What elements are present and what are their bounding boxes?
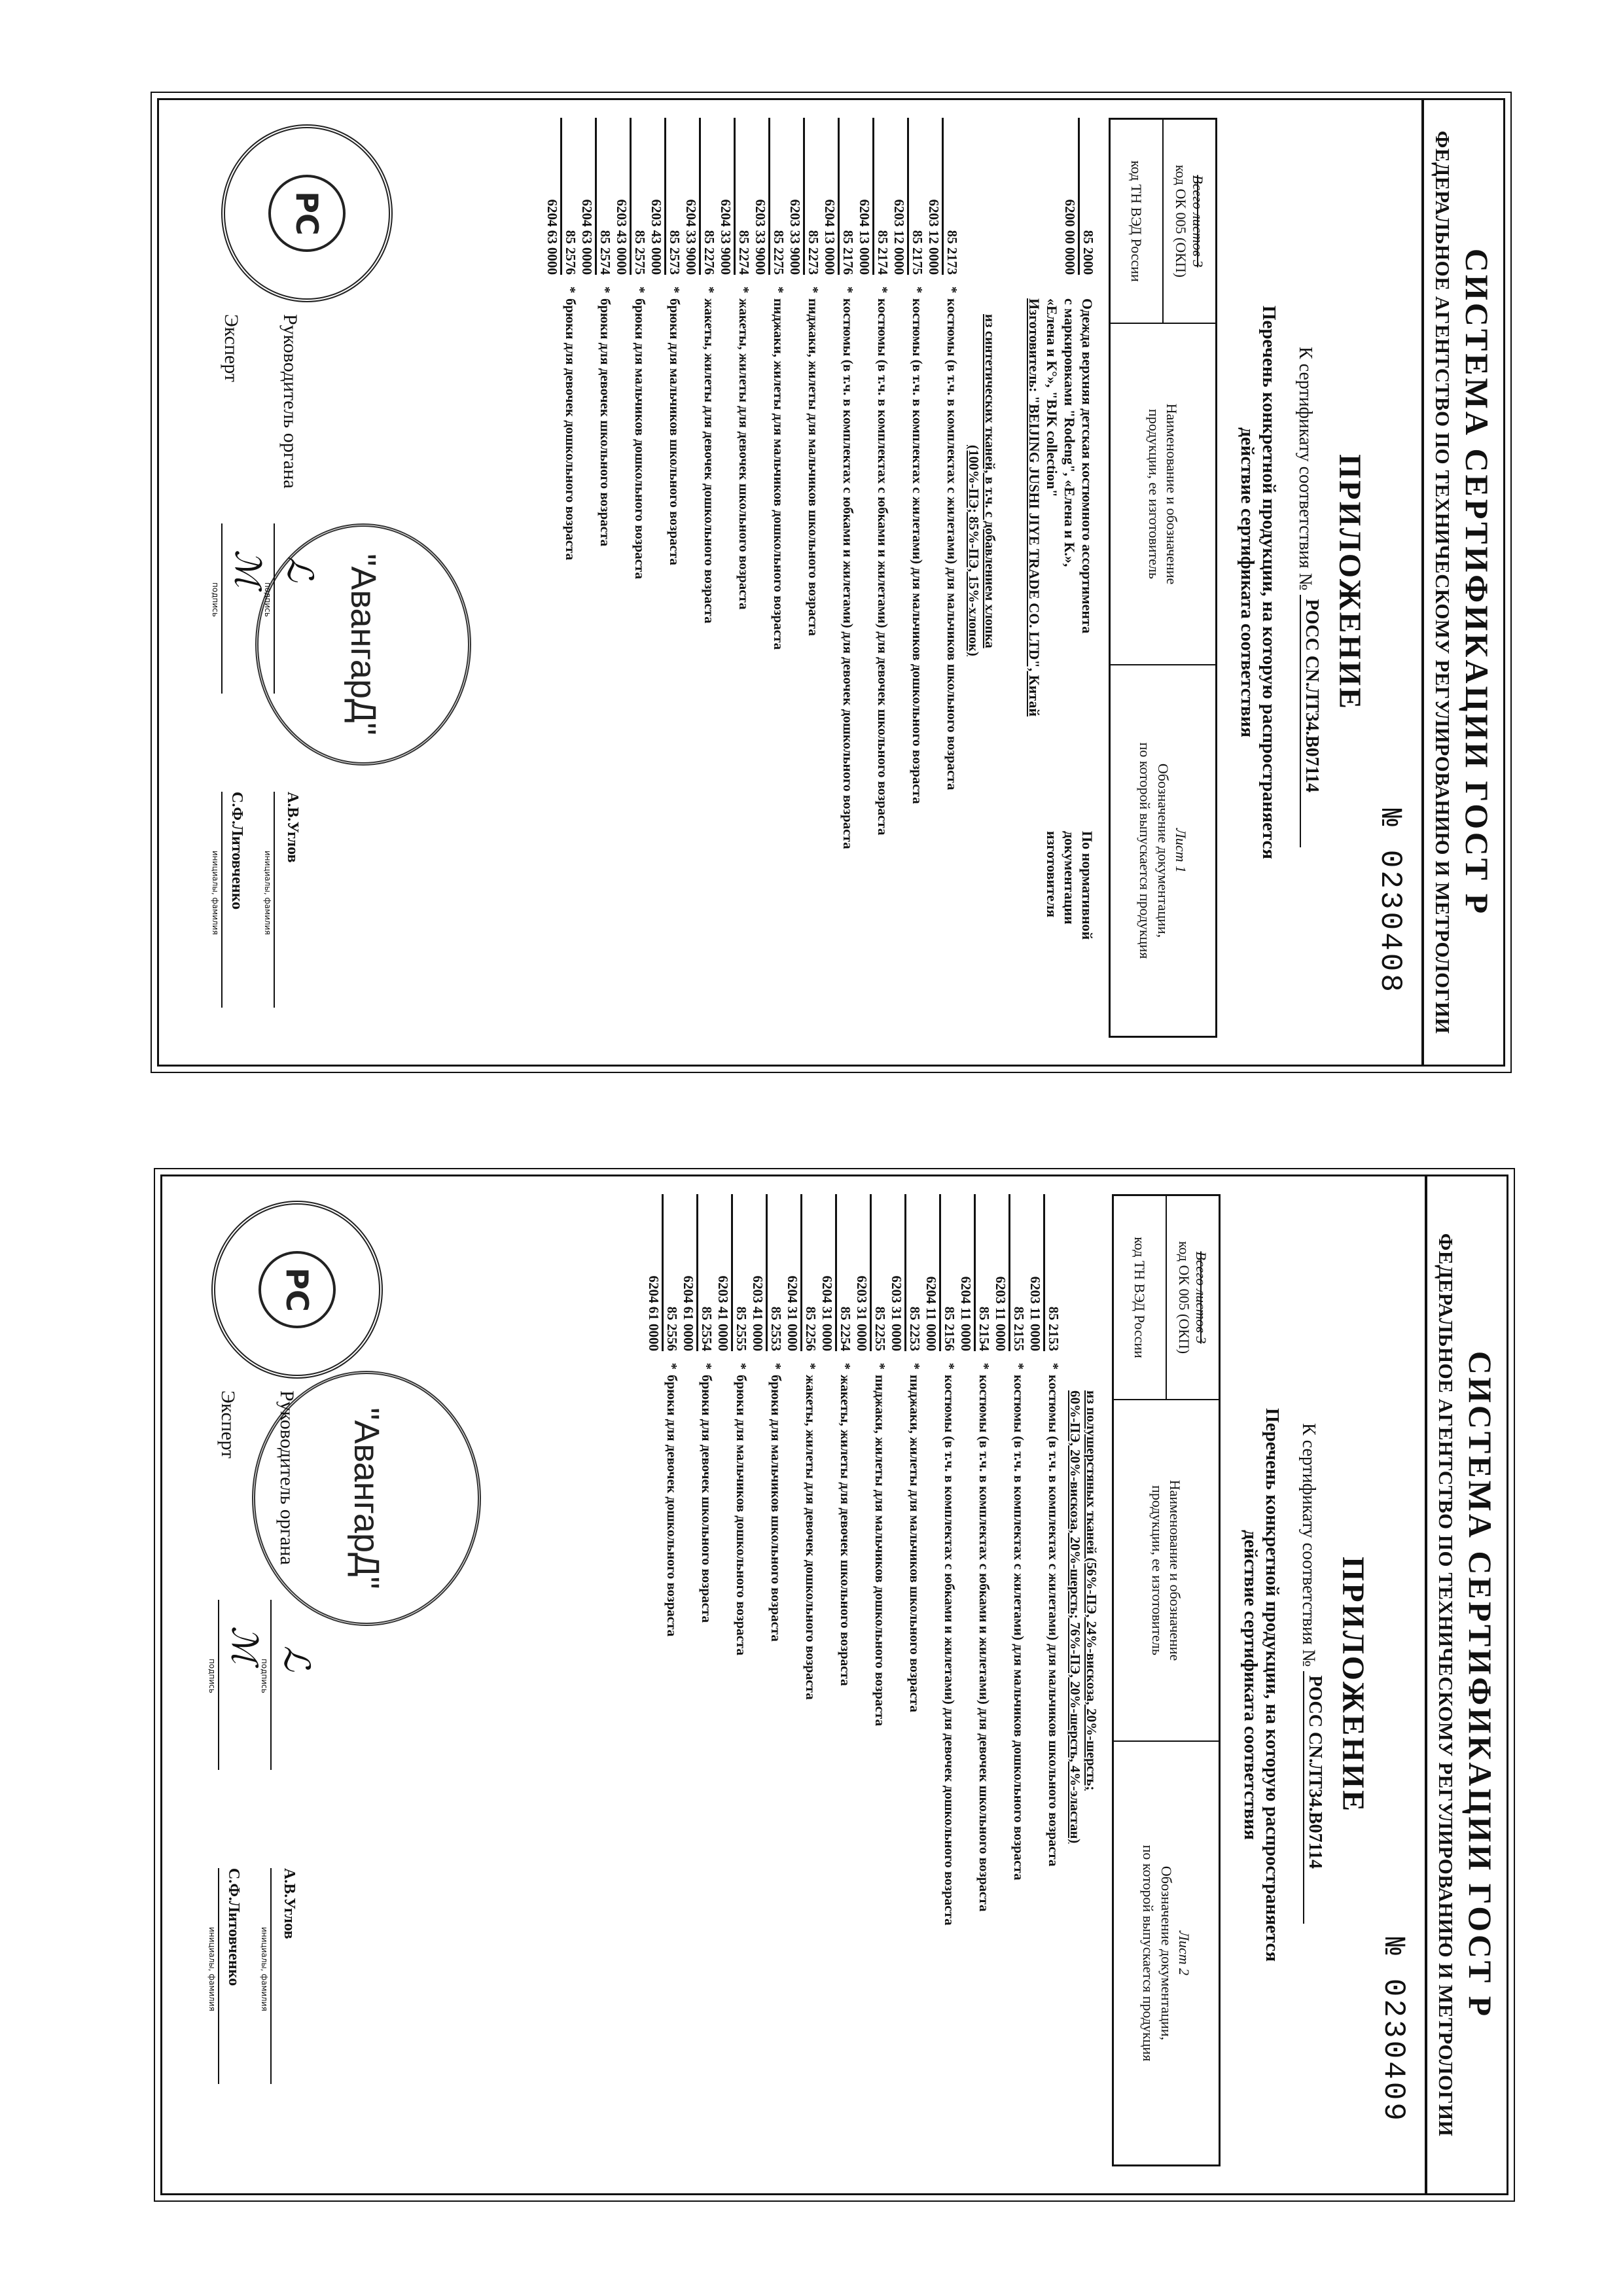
okp-code: 85 2256: [800, 1194, 819, 1351]
row-codes: 85 22566204 31 0000: [784, 1194, 819, 1358]
asterisk-marker: *: [944, 281, 960, 298]
product-name-label-2: продукции, ее изготовитель: [1149, 1485, 1167, 1655]
head-signature: ℒ: [279, 556, 321, 582]
product-description: костюмы (в т.ч. в комплектах с жилетами)…: [909, 298, 925, 1047]
okp-code: 85 2275: [768, 118, 787, 275]
name-caption: инициалы, фамилия: [260, 1927, 269, 2011]
asterisk-marker: *: [562, 281, 579, 298]
tnved-code: 6203 43 0000: [614, 200, 630, 275]
row-codes: 85 22746204 33 9000: [717, 118, 752, 281]
tnved-code: 6203 11 0000: [993, 1277, 1008, 1351]
expert-name: С.Ф.Литовченко: [228, 792, 245, 910]
scope-line-2: действие сертификата соответствия: [1236, 98, 1257, 1067]
name-caption: инициалы, фамилия: [211, 851, 220, 935]
okp-code: 85 2156: [939, 1194, 957, 1351]
documentation-column-header: Лист 2 Обозначение документации, по кото…: [1114, 1742, 1219, 2164]
row-codes: 85 21566204 11 0000: [923, 1194, 957, 1358]
table-row: 85 21566204 11 0000*костюмы (в т.ч. в ко…: [923, 1194, 957, 2176]
row-codes: 85 21766204 13 0000: [821, 118, 856, 281]
product-description: брюки для девочек школьного возраста: [698, 1375, 715, 2176]
sheet-label: Лист 2: [1175, 1931, 1194, 1975]
asterisk-marker: *: [840, 281, 856, 298]
row-codes: 85 21546204 11 0000: [957, 1194, 992, 1358]
product-description: костюмы (в т.ч. в комплектах с юбками и …: [941, 1375, 957, 2176]
tnved-code: 6204 61 0000: [646, 1276, 662, 1352]
tnved-code: 6203 43 0000: [649, 200, 664, 275]
certification-body-stamp: РС: [211, 1201, 383, 1379]
tnved-code: 6204 13 0000: [857, 200, 872, 275]
tnved-code: 6203 41 0000: [750, 1276, 766, 1352]
group-codes: 85 2000 6200 00 0000: [1061, 118, 1096, 281]
total-sheets: Всего листов 3: [1193, 1196, 1210, 1399]
table-row: 85 22566204 31 0000*жакеты, жилеты для д…: [784, 1194, 819, 2176]
normative-documentation: По нормативной документации изготовителя: [1043, 831, 1096, 940]
scope-line-2: действие сертификата соответствия: [1239, 1174, 1260, 2195]
okp-code-label: код ОК 005 (ОКП): [1173, 120, 1190, 323]
tnved-code: 6204 31 0000: [785, 1276, 800, 1352]
asterisk-marker: *: [976, 1358, 992, 1375]
fabric-composition-1: из полушерстяных тканей (56%-ПЭ, 24%-вис…: [1083, 1194, 1099, 2176]
table-row: 85 22736203 33 9000*пиджаки, жилеты для …: [787, 118, 821, 1047]
product-description: пиджаки, жилеты для мальчиков дошкольног…: [872, 1375, 888, 2176]
certificate-number: РОСС CN.ЛТ34.В07114: [1303, 1671, 1325, 1924]
asterisk-marker: *: [909, 281, 925, 298]
company-stamp-name: "АвангарД": [346, 1407, 387, 1589]
certificate-reference-label: К сертификату соответствия №: [1298, 1423, 1319, 1667]
asterisk-marker: *: [805, 281, 821, 298]
certificate-appendix-sheet-2: СИСТЕМА СЕРТИФИКАЦИИ ГОСТ Р ФЕДЕРАЛЬНОЕ …: [160, 1174, 1508, 2195]
asterisk-marker: *: [837, 1358, 853, 1375]
head-name-line: [274, 792, 275, 1008]
product-description: костюмы (в т.ч. в комплектах с юбками и …: [874, 298, 891, 1047]
okp-code: 85 2255: [870, 1194, 888, 1351]
head-signature: ℒ: [276, 1646, 317, 1671]
table-row: 85 22746204 33 9000*жакеты, жилеты для д…: [717, 118, 752, 1047]
table-row: 85 21736203 12 0000*костюмы (в т.ч. в ко…: [925, 118, 960, 1047]
product-description: пиджаки, жилеты для мальчиков школьного …: [805, 298, 821, 1047]
table-row: 85 25746204 63 0000*брюки для девочек шк…: [579, 118, 613, 1047]
tnved-code: 6203 33 9000: [787, 200, 803, 275]
table-row: 85 21546204 11 0000*костюмы (в т.ч. в ко…: [957, 1194, 992, 2176]
table-row: 85 21746204 13 0000*костюмы (в т.ч. в ко…: [856, 118, 891, 1047]
row-codes: 85 25566204 61 0000: [645, 1194, 680, 1358]
scope-line-1: Перечень конкретной продукции, на котору…: [1261, 1174, 1283, 2195]
okp-code: 85 2576: [560, 118, 579, 275]
tnved-code: 6203 12 0000: [891, 200, 907, 275]
expert-name-line: [221, 792, 223, 1008]
product-description: брюки для мальчиков школьного возраста: [666, 298, 683, 1047]
okp-code: 85 2273: [803, 118, 821, 275]
documentation-label-2: по которой выпускается продукция: [1136, 743, 1154, 959]
producer: Изготовитель: "BEIJING JUSHI JIYE TRADE …: [1026, 298, 1043, 1047]
table-row: 85 25756203 43 0000*брюки для мальчиков …: [613, 118, 648, 1047]
product-name-column-header: Наименование и обозначение продукции, ее…: [1111, 324, 1215, 665]
scope-line-1: Перечень конкретной продукции, на котору…: [1258, 98, 1279, 1067]
okp-code: 85 2574: [595, 118, 613, 275]
asterisk-marker: *: [1045, 1358, 1061, 1375]
head-of-body-label: Руководитель органа: [279, 314, 301, 489]
agency-name: ФЕДЕРАЛЬНОЕ АГЕНТСТВО ПО ТЕХНИЧЕСКОМУ РЕ…: [1421, 98, 1454, 1067]
asterisk-marker: *: [872, 1358, 888, 1375]
head-name-line: [270, 1868, 272, 2084]
certification-body-stamp: РС: [221, 124, 393, 302]
table-row: 85 25556203 41 0000*брюки для мальчиков …: [715, 1194, 749, 2176]
table-row: 85 25736203 43 0000*брюки для мальчиков …: [648, 118, 683, 1047]
expert-signature: ℳ: [227, 550, 268, 588]
norm-line-2: документации: [1061, 831, 1079, 940]
row-codes: 85 25546204 61 0000: [680, 1194, 715, 1358]
agency-name: ФЕДЕРАЛЬНОЕ АГЕНТСТВО ПО ТЕХНИЧЕСКОМУ РЕ…: [1425, 1174, 1457, 2195]
product-description: брюки для мальчиков дошкольного возраста: [733, 1375, 749, 2176]
tnved-code: 6204 11 0000: [958, 1277, 974, 1351]
product-description: костюмы (в т.ч. в комплектах с жилетами)…: [1045, 1375, 1061, 2176]
okp-code: 85 2276: [699, 118, 717, 275]
product-description: брюки для девочек школьного возраста: [597, 298, 613, 1047]
asterisk-marker: *: [733, 1358, 749, 1375]
row-codes: 85 25536203 41 0000: [749, 1194, 784, 1358]
table-row: 85 21766204 13 0000*костюмы (в т.ч. в ко…: [821, 118, 856, 1047]
table-row: 85 22556203 31 0000*пиджаки, жилеты для …: [853, 1194, 888, 2176]
tnved-code: 6204 33 9000: [718, 200, 734, 275]
product-description: пиджаки, жилеты для мальчиков дошкольног…: [770, 298, 787, 1047]
product-description: жакеты, жилеты для девочек дошкольного в…: [802, 1375, 819, 2176]
product-description: брюки для девочек дошкольного возраста: [562, 298, 579, 1047]
product-description: жакеты, жилеты для девочек школьного воз…: [837, 1375, 853, 2176]
product-description: пиджаки, жилеты для мальчиков школьного …: [906, 1375, 923, 2176]
okp-code: 85 2253: [904, 1194, 923, 1351]
product-list: 85 2000 6200 00 0000 Одежда верхняя детс…: [544, 118, 1096, 1047]
document-number: № 0230408: [1373, 809, 1407, 995]
tnved-code: 6203 31 0000: [854, 1276, 870, 1352]
asterisk-marker: *: [906, 1358, 923, 1375]
documentation-label-1: Обозначение документации,: [1154, 764, 1172, 938]
table-row: 85 22546204 31 0000*жакеты, жилеты для д…: [819, 1194, 853, 2176]
tnved-code: 6204 31 0000: [819, 1276, 835, 1352]
asterisk-marker: *: [874, 281, 891, 298]
asterisk-marker: *: [698, 1358, 715, 1375]
okp-code: 85 2573: [664, 118, 683, 275]
codes-column-header: Всего листов 3 код ОК 005 (ОКП) код ТН В…: [1111, 120, 1215, 324]
okp-code: 85 2176: [838, 118, 856, 275]
asterisk-marker: *: [770, 281, 787, 298]
row-codes: 85 21746204 13 0000: [856, 118, 891, 281]
expert-name-line: [218, 1868, 219, 2084]
row-codes: 85 22536203 31 0000: [888, 1194, 923, 1358]
row-codes: 85 25736203 43 0000: [648, 118, 683, 281]
head-of-body-label: Руководитель органа: [276, 1390, 298, 1565]
product-name-column-header: Наименование и обозначение продукции, ее…: [1114, 1400, 1219, 1742]
okp-code: 85 2555: [731, 1194, 749, 1351]
tnved-code: 6204 61 0000: [681, 1276, 696, 1352]
certificate-reference: К сертификату соответствия № РОСС CN.ЛТ3…: [1293, 347, 1315, 847]
product-description: жакеты, жилеты для девочек дошкольного в…: [701, 298, 717, 1047]
table-row: 85 21556203 11 0000*костюмы (в т.ч. в ко…: [992, 1194, 1027, 2176]
asterisk-marker: *: [941, 1358, 957, 1375]
rst-mark-icon: РС: [259, 1251, 336, 1328]
row-codes: 85 22556203 31 0000: [853, 1194, 888, 1358]
table-row: 85 25546204 61 0000*брюки для девочек шк…: [680, 1194, 715, 2176]
system-title: СИСТЕМА СЕРТИФИКАЦИИ ГОСТ Р: [1458, 98, 1496, 1067]
product-name-label-2: продукции, ее изготовитель: [1145, 409, 1164, 579]
fabric-composition-2: (100%-ПЭ; 85%-ПЭ, 15%-хлопок): [965, 118, 982, 1047]
okp-code: 85 2254: [835, 1194, 853, 1351]
appendix-title: ПРИЛОЖЕНИЕ: [1332, 98, 1368, 1067]
fabric-composition-1: из синтетических тканей, в т.ч. с добавл…: [982, 118, 998, 1047]
table-row: 85 25766204 63 0000*брюки для девочек до…: [544, 118, 579, 1047]
product-name-label-1: Наименование и обозначение: [1166, 1480, 1185, 1661]
tnved-code-label: код ТН ВЭД России: [1128, 160, 1145, 282]
asterisk-marker: *: [664, 1358, 680, 1375]
expert-name: С.Ф.Литовченко: [224, 1868, 242, 1986]
certificate-reference: К сертификату соответствия № РОСС CN.ЛТ3…: [1296, 1423, 1319, 1924]
okp-code: 85 2154: [974, 1194, 992, 1351]
total-sheets: Всего листов 3: [1190, 120, 1207, 323]
scope-statement: Перечень конкретной продукции, на котору…: [1239, 1174, 1283, 2195]
norm-line-3: изготовителя: [1043, 831, 1061, 940]
row-codes: 85 22756203 33 9000: [752, 118, 787, 281]
asterisk-marker: *: [1010, 1358, 1027, 1375]
group-tnved-code: 6200 00 0000: [1062, 200, 1078, 275]
head-name: А.В.Углов: [283, 792, 301, 863]
row-codes: 85 25746204 63 0000: [579, 118, 613, 281]
documentation-label-2: по которой выпускается продукция: [1139, 1845, 1158, 2062]
document-number: № 0230409: [1376, 1937, 1410, 2123]
norm-line-1: По нормативной: [1079, 831, 1096, 940]
okp-code: 85 2274: [734, 118, 752, 275]
certificate-reference-label: К сертификату соответствия №: [1295, 347, 1315, 590]
head-signature-line: [270, 1600, 272, 1770]
company-stamp-name: "АвангарД": [343, 554, 383, 735]
product-description: брюки для девочек дошкольного возраста: [664, 1375, 680, 2176]
table-row: 85 25536203 41 0000*брюки для мальчиков …: [749, 1194, 784, 2176]
okp-code: 85 2174: [872, 118, 891, 275]
row-codes: 85 22546204 31 0000: [819, 1194, 853, 1358]
fabric-composition-2: 60%-ПЭ, 20%-вискоза, 20%-шерсть; 76%-ПЭ,…: [1067, 1194, 1083, 2176]
asterisk-marker: *: [736, 281, 752, 298]
product-description: костюмы (в т.ч. в комплектах с жилетами)…: [1010, 1375, 1027, 2176]
tnved-code: 6204 33 9000: [683, 200, 699, 275]
tnved-code: 6204 11 0000: [923, 1277, 939, 1351]
name-caption: инициалы, фамилия: [263, 851, 272, 935]
expert-label: Эксперт: [217, 1390, 239, 1458]
okp-code: 85 2554: [696, 1194, 715, 1351]
okp-code: 85 2173: [942, 118, 960, 275]
okp-code-label: код ОК 005 (ОКП): [1176, 1196, 1193, 1399]
okp-code: 85 2553: [766, 1194, 784, 1351]
name-caption: инициалы, фамилия: [207, 1927, 217, 2011]
table-row: 85 22756203 33 9000*пиджаки, жилеты для …: [752, 118, 787, 1047]
table-header: Всего листов 3 код ОК 005 (ОКП) код ТН В…: [1109, 118, 1217, 1038]
asterisk-marker: *: [632, 281, 648, 298]
tnved-code: 6203 11 0000: [1027, 1277, 1043, 1351]
tnved-code: 6204 63 0000: [544, 200, 560, 275]
documentation-column-header: Лист 1 Обозначение документации, по кото…: [1111, 665, 1215, 1036]
okp-code: 85 2153: [1043, 1194, 1061, 1351]
row-codes: 85 21536203 11 0000: [1027, 1194, 1061, 1358]
certificate-appendix-sheet-1: СИСТЕМА СЕРТИФИКАЦИИ ГОСТ Р ФЕДЕРАЛЬНОЕ …: [157, 98, 1505, 1067]
table-row: 85 21536203 11 0000*костюмы (в т.ч. в ко…: [1027, 1194, 1061, 2176]
product-description: костюмы (в т.ч. в комплектах с юбками и …: [976, 1375, 992, 2176]
table-header: Всего листов 3 код ОК 005 (ОКП) код ТН В…: [1112, 1194, 1221, 2166]
group-description: Одежда верхняя детская костюмного ассорт…: [1026, 298, 1096, 1047]
tnved-code: 6203 31 0000: [889, 1276, 904, 1352]
okp-code: 85 2175: [907, 118, 925, 275]
tnved-code: 6204 13 0000: [822, 200, 838, 275]
expert-signature: ℳ: [224, 1626, 265, 1664]
product-description: жакеты, жилеты для девочек школьного воз…: [736, 298, 752, 1047]
row-codes: 85 21736203 12 0000: [925, 118, 960, 281]
expert-signature-line: [221, 523, 223, 694]
asterisk-marker: *: [666, 281, 683, 298]
asterisk-marker: *: [701, 281, 717, 298]
rst-mark-icon: РС: [268, 175, 346, 252]
expert-label: Эксперт: [220, 314, 242, 382]
asterisk-marker: *: [768, 1358, 784, 1375]
table-row: 85 21756203 12 0000*костюмы (в т.ч. в ко…: [891, 118, 925, 1047]
product-description: костюмы (в т.ч. в комплектах с жилетами)…: [944, 298, 960, 1047]
product-description: брюки для мальчиков школьного возраста: [768, 1375, 784, 2176]
product-description: костюмы (в т.ч. в комплектах с юбками и …: [840, 298, 856, 1047]
certificate-number: РОСС CN.ЛТ34.В07114: [1300, 595, 1322, 847]
row-codes: 85 25756203 43 0000: [613, 118, 648, 281]
documentation-label-1: Обозначение документации,: [1157, 1866, 1175, 2040]
row-codes: 85 25556203 41 0000: [715, 1194, 749, 1358]
tnved-code: 6203 41 0000: [715, 1276, 731, 1352]
appendix-title: ПРИЛОЖЕНИЕ: [1335, 1174, 1371, 2195]
tnved-code: 6204 63 0000: [579, 200, 595, 275]
okp-code: 85 2556: [662, 1194, 680, 1351]
product-rows: 85 21536203 11 0000*костюмы (в т.ч. в ко…: [645, 1194, 1061, 2176]
product-rows: 85 21736203 12 0000*костюмы (в т.ч. в ко…: [544, 118, 960, 1047]
product-group-intro: 85 2000 6200 00 0000 Одежда верхняя детс…: [998, 118, 1096, 1047]
signature-caption: подпись: [211, 582, 220, 617]
group-okp-code: 85 2000: [1078, 118, 1096, 275]
codes-column-header: Всего листов 3 код ОК 005 (ОКП) код ТН В…: [1114, 1196, 1219, 1400]
sheet-label: Лист 1: [1172, 828, 1190, 873]
row-codes: 85 22766204 33 9000: [683, 118, 717, 281]
head-signature-line: [274, 523, 275, 694]
product-list: из полушерстяных тканей (56%-ПЭ, 24%-вис…: [645, 1194, 1099, 2176]
okp-code: 85 2155: [1008, 1194, 1027, 1351]
tnved-code-label: код ТН ВЭД России: [1132, 1237, 1149, 1358]
head-name: А.В.Углов: [280, 1868, 298, 1939]
row-codes: 85 21756203 12 0000: [891, 118, 925, 281]
table-row: 85 22766204 33 9000*жакеты, жилеты для д…: [683, 118, 717, 1047]
system-title: СИСТЕМА СЕРТИФИКАЦИИ ГОСТ Р: [1461, 1174, 1499, 2195]
expert-signature-line: [218, 1600, 219, 1770]
row-codes: 85 21556203 11 0000: [992, 1194, 1027, 1358]
product-description: брюки для мальчиков дошкольного возраста: [632, 298, 648, 1047]
row-codes: 85 22736203 33 9000: [787, 118, 821, 281]
table-row: 85 25566204 61 0000*брюки для девочек до…: [645, 1194, 680, 2176]
okp-code: 85 2575: [630, 118, 648, 275]
asterisk-marker: *: [802, 1358, 819, 1375]
row-codes: 85 25766204 63 0000: [544, 118, 579, 281]
tnved-code: 6203 33 9000: [753, 200, 768, 275]
asterisk-marker: *: [597, 281, 613, 298]
signature-caption: подпись: [207, 1659, 217, 1693]
scope-statement: Перечень конкретной продукции, на котору…: [1236, 98, 1279, 1067]
table-row: 85 22536203 31 0000*пиджаки, жилеты для …: [888, 1194, 923, 2176]
tnved-code: 6203 12 0000: [926, 200, 942, 275]
product-name-label-1: Наименование и обозначение: [1163, 404, 1181, 585]
